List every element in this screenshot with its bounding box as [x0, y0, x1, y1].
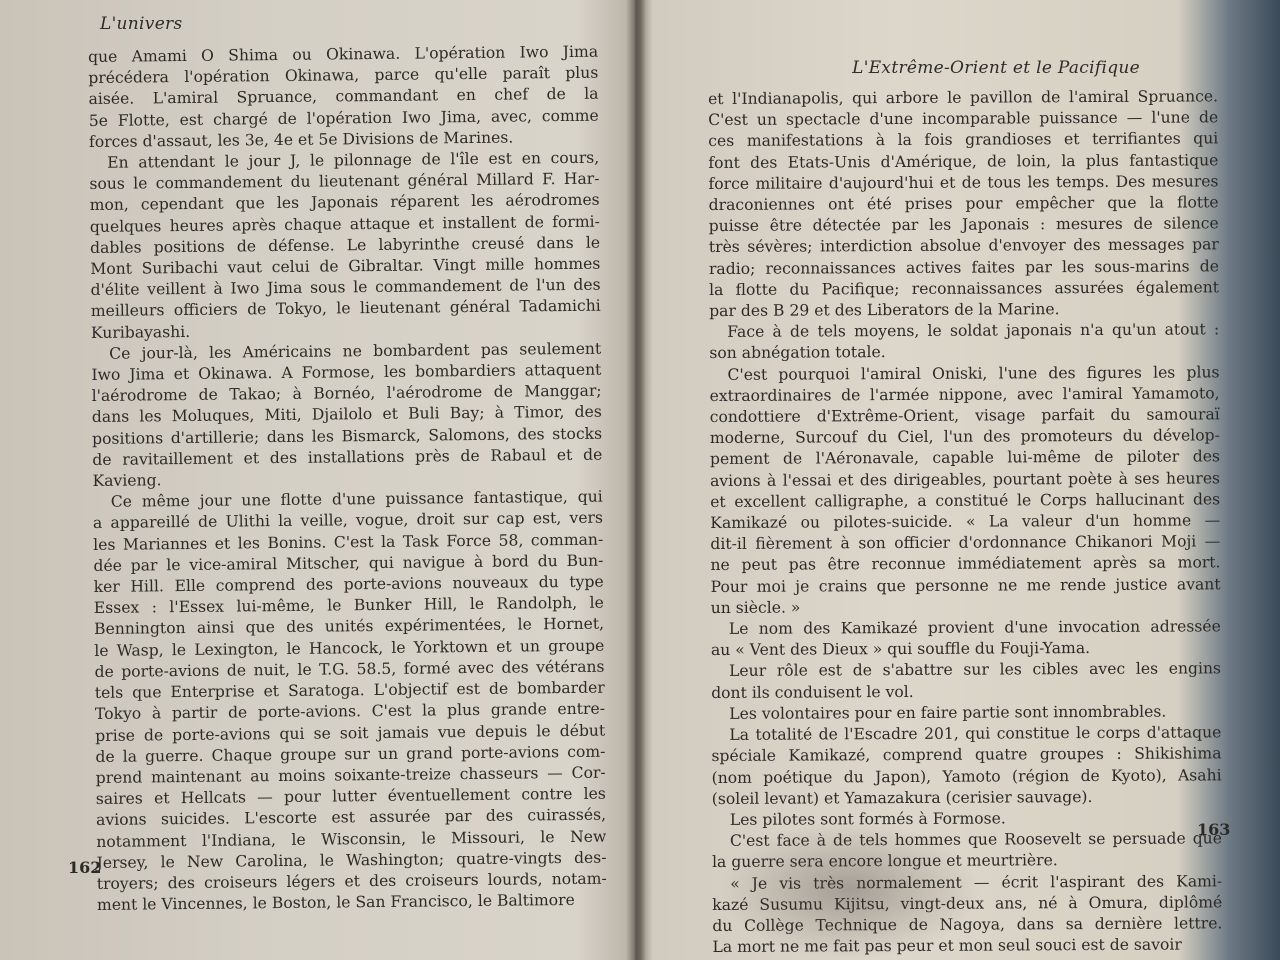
- text-line: ment le Vincennes, le Boston, le San Fra…: [97, 890, 607, 917]
- text-line: C'est un spectacle d'une incomparable pu…: [708, 108, 1218, 132]
- text-line: spéciale Kamikazé, comprend quatre group…: [711, 744, 1221, 768]
- text-line: Face à de tels moyens, le soldat japonai…: [709, 320, 1219, 344]
- text-line: dont ils conduisent le vol.: [711, 680, 1221, 704]
- text-line: la flotte du Pacifique; reconnaissances …: [709, 277, 1219, 301]
- paragraph: Ce même jour une flotte d'une puissance …: [93, 487, 607, 916]
- text-line: extraordinaires de l'armée nippone, avec…: [710, 383, 1220, 407]
- text-line: par des B 29 et des Liberators de la Mar…: [709, 298, 1219, 322]
- text-line: au « Vent des Dieux » qui souffle du Fou…: [711, 638, 1221, 662]
- text-line: C'est pourquoi l'amiral Oniski, l'une de…: [709, 362, 1219, 386]
- text-line: ces manifestations à la fois grandioses …: [708, 129, 1218, 153]
- paragraph: Le nom des Kamikazé provient d'une invoc…: [711, 616, 1221, 661]
- text-line: draconiennes ont été prises pour empêche…: [709, 192, 1219, 216]
- paragraph: La totalité de l'Escadre 201, qui consti…: [711, 722, 1221, 809]
- text-line: La totalité de l'Escadre 201, qui consti…: [711, 722, 1221, 746]
- text-line: font des Etats-Unis d'Amérique, de loin,…: [708, 150, 1218, 174]
- text-line: un siècle. »: [711, 595, 1221, 619]
- paragraph: Face à de tels moyens, le soldat japonai…: [709, 320, 1219, 365]
- text-line: Leur rôle est de s'abattre sur les cible…: [711, 659, 1221, 683]
- text-line: Kamikazé ou pilotes-suicide. « La valeur…: [710, 510, 1220, 534]
- paragraph: Leur rôle est de s'abattre sur les cible…: [711, 659, 1221, 704]
- text-line: (soleil levant) et Yamazakura (cerisier …: [712, 786, 1222, 810]
- text-line: dit-il fièrement à son officier d'ordonn…: [710, 532, 1220, 556]
- text-line: Pour moi je crains que personne ne me re…: [711, 574, 1221, 598]
- text-line: et excellent calligraphe, a constitué le…: [710, 489, 1220, 513]
- paragraph: et l'Indianapolis, qui arbore le pavillo…: [708, 86, 1219, 322]
- text-line: radio; reconnaissances actives faites pa…: [709, 256, 1219, 280]
- paragraph: que Amami O Shima ou Okinawa. L'opératio…: [88, 42, 599, 153]
- left-page-body: que Amami O Shima ou Okinawa. L'opératio…: [88, 42, 607, 917]
- page-number-right: 163: [1197, 820, 1230, 839]
- text-line: moderne, Surcouf du Ciel, l'un des promo…: [710, 426, 1220, 450]
- text-line: très sévères; interdiction absolue d'env…: [709, 235, 1219, 259]
- paragraph: C'est pourquoi l'amiral Oniski, l'une de…: [709, 362, 1220, 619]
- running-header-left: L'univers: [100, 14, 183, 34]
- text-line: et l'Indianapolis, qui arbore le pavillo…: [708, 86, 1218, 110]
- left-page: L'univers que Amami O Shima ou Okinawa. …: [0, 0, 630, 960]
- text-line: force militaire d'aujourd'hui et de tous…: [708, 171, 1218, 195]
- paragraph: Ce jour-là, les Américains ne bombardent…: [91, 338, 603, 492]
- text-line: Le nom des Kamikazé provient d'une invoc…: [711, 616, 1221, 640]
- open-book: L'univers que Amami O Shima ou Okinawa. …: [0, 0, 1280, 960]
- text-line: Les volontaires pour en faire partie son…: [711, 701, 1221, 725]
- text-line: pement de l'Aéronavale, capable lui-même…: [710, 447, 1220, 471]
- running-header-right: L'Extrême-Orient et le Pacifique: [852, 58, 1140, 78]
- hand-shadow: [720, 820, 980, 960]
- paragraph: En attendant le jour J, le pilonnage de …: [89, 148, 601, 344]
- text-line: ne peut pas être reconnue immédiatement …: [710, 553, 1220, 577]
- text-line: avions à l'essai et des dirigeables, pou…: [710, 468, 1220, 492]
- text-line: son abnégation totale.: [709, 341, 1219, 365]
- paragraph: Les volontaires pour en faire partie son…: [711, 701, 1221, 725]
- page-number-left: 162: [68, 858, 101, 877]
- text-line: condottiere d'Extrême-Orient, visage par…: [710, 404, 1220, 428]
- text-line: (nom poétique du Japon), Yamoto (région …: [712, 765, 1222, 789]
- right-page: L'Extrême-Orient et le Pacifique et l'In…: [640, 0, 1240, 960]
- text-line: puisse être détectée par les Japonais : …: [709, 214, 1219, 238]
